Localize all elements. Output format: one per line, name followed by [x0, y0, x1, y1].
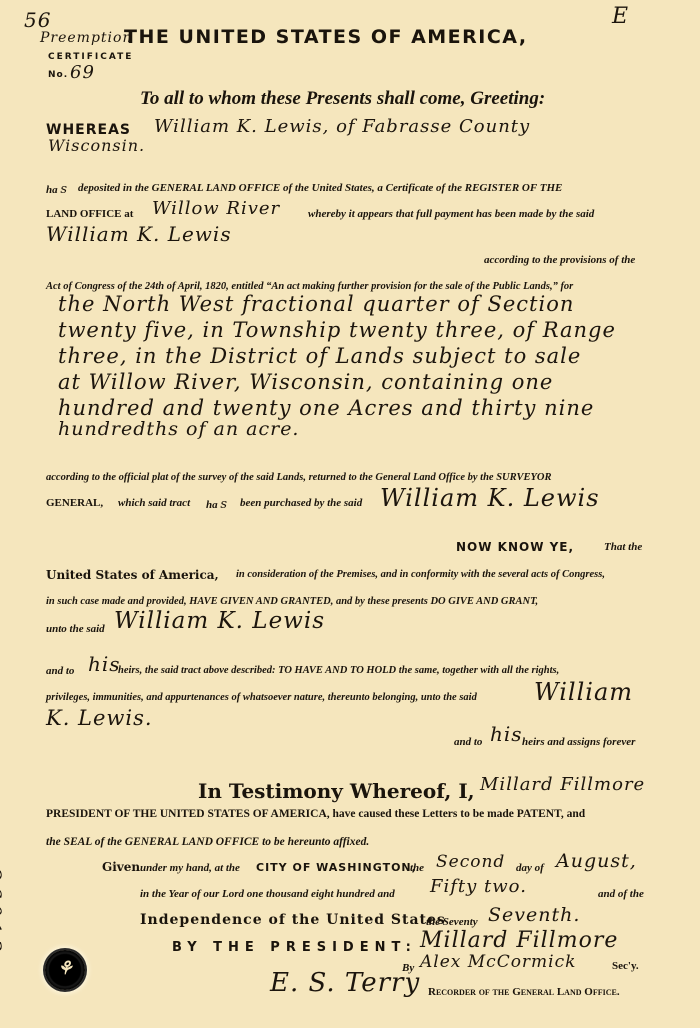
- secretary-label: Sec'y.: [612, 960, 639, 972]
- land-office-at: LAND OFFICE at: [46, 208, 133, 220]
- the-label: the: [410, 862, 424, 874]
- purchased-line: been purchased by the said: [240, 497, 362, 509]
- act-of-congress: Act of Congress of the 24th of April, 18…: [46, 281, 573, 292]
- general-land-office-seal-icon: ⚘: [45, 950, 85, 990]
- heirs-assigns: heirs and assigns forever: [522, 736, 635, 748]
- year-line: in the Year of our Lord one thousand eig…: [140, 888, 395, 900]
- day-of: day of: [516, 862, 544, 874]
- tract-line-2: twenty five, in Township twenty three, o…: [58, 318, 616, 342]
- land-patent-document: 56 E Preemption CERTIFICATE No. 69 26013…: [0, 0, 700, 1028]
- granted-line: in such case made and provided, HAVE GIV…: [46, 596, 538, 607]
- by-the-president: BY THE PRESIDENT:: [172, 940, 417, 955]
- document-title: THE UNITED STATES OF AMERICA,: [124, 26, 528, 48]
- recorder-signature: E. S. Terry: [270, 968, 420, 998]
- year-words: Fifty two.: [430, 876, 527, 897]
- grantee-name-2b: K. Lewis.: [46, 706, 153, 730]
- unto-the-said: unto the said: [46, 623, 105, 635]
- according-line: according to the provisions of the: [484, 254, 635, 266]
- given-label: Given: [102, 860, 140, 874]
- under-hand: under my hand, at the: [140, 862, 240, 874]
- land-office-location: Willow River: [152, 198, 280, 219]
- grantee-name: William K. Lewis: [114, 608, 325, 634]
- has-label-2: ha s: [206, 497, 228, 512]
- deposit-line: deposited in the GENERAL LAND OFFICE of …: [78, 182, 562, 194]
- month: August,: [556, 850, 637, 872]
- now-know-ye: NOW KNOW YE,: [456, 540, 574, 554]
- payer-name: William K. Lewis: [46, 222, 232, 246]
- day-ordinal: Second: [436, 852, 505, 872]
- certificate-number: 69: [70, 62, 95, 83]
- vertical-patent-number: 26013: [0, 868, 6, 957]
- which-said-tract: which said tract: [118, 497, 190, 509]
- has-label: ha s: [46, 182, 68, 197]
- whereby-line: whereby it appears that full payment has…: [308, 208, 594, 220]
- secretary-signature: Alex McCormick: [420, 952, 576, 972]
- habendum-line: heirs, the said tract above described: T…: [118, 665, 559, 676]
- page-number: 56: [24, 8, 51, 32]
- whereas-state: Wisconsin.: [48, 136, 145, 155]
- whereas-name: William K. Lewis, of Fabrasse County: [154, 116, 530, 137]
- privileges-line: privileges, immunities, and appurtenance…: [46, 692, 477, 703]
- survey-line: according to the official plat of the su…: [46, 472, 551, 483]
- tract-line-5: hundred and twenty one Acres and thirty …: [58, 396, 594, 420]
- president-signature: Millard Fillmore: [420, 928, 618, 953]
- purchaser-name: William K. Lewis: [380, 484, 600, 512]
- city-of-washington: CITY OF WASHINGTON,: [256, 861, 417, 874]
- tract-line-3: three, in the District of Lands subject …: [58, 344, 581, 368]
- grantee-name-2a: William: [534, 678, 633, 706]
- and-to: and to: [46, 665, 74, 677]
- general-label: GENERAL,: [46, 497, 103, 509]
- president-line: PRESIDENT OF THE UNITED STATES OF AMERIC…: [46, 808, 585, 820]
- his-handwritten: his: [88, 652, 121, 676]
- certificate-no-label: No.: [48, 70, 68, 80]
- corner-letter: E: [612, 4, 629, 29]
- his-handwritten-2: his: [490, 722, 523, 746]
- recorder-label: Recorder of the General Land Office.: [428, 986, 620, 998]
- tract-line-4: at Willow River, Wisconsin, containing o…: [58, 370, 553, 394]
- consideration-line: in consideration of the Premises, and in…: [236, 569, 605, 580]
- tract-line-6: hundredths of an acre.: [58, 418, 299, 440]
- greeting: To all to whom these Presents shall come…: [140, 88, 545, 110]
- usa-gothic: United States of America,: [46, 568, 219, 582]
- that-the: That the: [604, 541, 642, 553]
- tract-line-1: the North West fractional quarter of Sec…: [58, 292, 574, 316]
- certificate-type: Preemption: [40, 30, 132, 46]
- the-seventy: the Seventy: [426, 916, 478, 928]
- and-of-the: and of the: [598, 888, 644, 900]
- certificate-label: CERTIFICATE: [48, 52, 133, 62]
- independence-line: Independence of the United States: [140, 912, 446, 928]
- seal-line: the SEAL of the GENERAL LAND OFFICE to b…: [46, 836, 369, 848]
- seventy-ordinal: Seventh.: [488, 904, 580, 926]
- testimony-heading: In Testimony Whereof, I,: [198, 779, 475, 803]
- and-to-2: and to: [454, 736, 482, 748]
- president-name-handwritten: Millard Fillmore: [480, 774, 645, 795]
